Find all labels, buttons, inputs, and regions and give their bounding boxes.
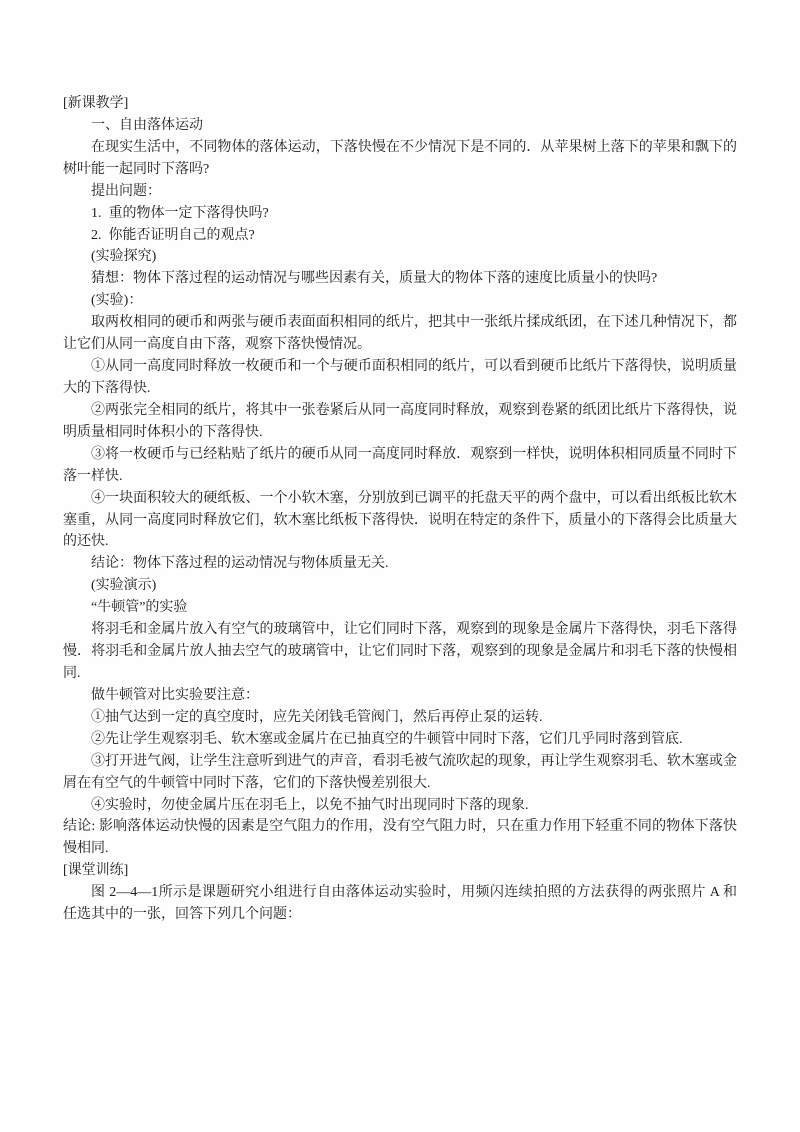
text-line: 的还快. xyxy=(63,531,737,553)
text-line: 屑在有空气的牛顿管中同时下落，它们的下落快慢差别很大. xyxy=(63,773,737,795)
text-line: 树叶能一起同时下落吗? xyxy=(63,159,737,181)
text-line: 图 2—4—1所示是课题研究小组进行自由落体运动实验时，用频闪连续拍照的方法获得… xyxy=(63,882,737,904)
text-line: 大的下落得快. xyxy=(63,378,737,400)
text-line: 让它们从同一高度自由下落，观察下落快慢情况。 xyxy=(63,334,737,356)
text-line: ①抽气达到一定的真空度时，应先关闭钱毛管阀门，然后再停止泵的运转. xyxy=(63,707,737,729)
text-line: (实验演示) xyxy=(63,575,737,597)
text-line: 提出问题： xyxy=(63,181,737,203)
text-line: ③打开进气阀，让学生注意听到进气的声音，看羽毛被气流吹起的现象，再让学生观察羽毛… xyxy=(63,751,737,773)
text-line: ③将一枚硬币与已经粘贴了纸片的硬币从同一高度同时释放．观察到一样快，说明体积相同… xyxy=(63,444,737,466)
text-line: “牛顿管”的实验 xyxy=(63,597,737,619)
text-line: ②两张完全相同的纸片，将其中一张卷紧后从同一高度同时释放，观察到卷紧的纸团比纸片… xyxy=(63,400,737,422)
document-page: [新课教学]一、自由落体运动在现实生活中，不同物体的落体运动，下落快慢在不少情况… xyxy=(0,0,800,1132)
text-line: 在现实生活中，不同物体的落体运动，下落快慢在不少情况下是不同的．从苹果树上落下的… xyxy=(63,137,737,159)
text-line: 同. xyxy=(63,663,737,685)
text-line: ②先让学生观察羽毛、软木塞或金属片在已抽真空的牛顿管中同时下落，它们几乎同时落到… xyxy=(63,729,737,751)
text-line: 慢相同. xyxy=(63,838,737,860)
text-line: 慢．将羽毛和金属片放人抽去空气的玻璃管中，让它们同时下落，观察到的现象是金属片和… xyxy=(63,641,737,663)
text-line: 做牛顿管对比实验要注意： xyxy=(63,685,737,707)
text-line: ①从同一高度同时释放一枚硬币和一个与硬币面积相同的纸片，可以看到硬币比纸片下落得… xyxy=(63,356,737,378)
text-line: 塞重，从同一高度同时释放它们，软木塞比纸板下落得快．说明在特定的条件下，质量小的… xyxy=(63,510,737,532)
text-line: ④一块面积较大的硬纸板、一个小软木塞，分别放到已调平的托盘天平的两个盘中，可以看… xyxy=(63,488,737,510)
text-line: 取两枚相同的硬币和两张与硬币表面面积相同的纸片，把其中一张纸片揉成纸团，在下述几… xyxy=(63,312,737,334)
text-line: 结论：物体下落过程的运动情况与物体质量无关. xyxy=(63,553,737,575)
document-body: [新课教学]一、自由落体运动在现实生活中，不同物体的落体运动，下落快慢在不少情况… xyxy=(0,0,800,926)
text-line: (实验)： xyxy=(63,290,737,312)
text-line: [课堂训练] xyxy=(63,860,737,882)
text-line: 明质量相同时体积小的下落得快. xyxy=(63,422,737,444)
text-line: 任选其中的一张，回答下列几个问题： xyxy=(63,904,737,926)
text-line: 将羽毛和金属片放入有空气的玻璃管中，让它们同时下落，观察到的现象是金属片下落得快… xyxy=(63,619,737,641)
text-line: (实验探究) xyxy=(63,246,737,268)
text-line: 结论: 影响落体运动快慢的因素是空气阻力的作用，没有空气阻力时，只在重力作用下轻… xyxy=(63,816,737,838)
text-line: 落一样快. xyxy=(63,466,737,488)
text-line: 2. 你能否证明自己的观点? xyxy=(63,225,737,247)
text-line: 一、自由落体运动 xyxy=(63,115,737,137)
text-line: [新课教学] xyxy=(63,93,737,115)
text-line: 1. 重的物体一定下落得快吗? xyxy=(63,203,737,225)
text-line: ④实验时，勿使金属片压在羽毛上，以免不抽气时出现同时下落的现象. xyxy=(63,795,737,817)
text-line: 猜想：物体下落过程的运动情况与哪些因素有关，质量大的物体下落的速度比质量小的快吗… xyxy=(63,268,737,290)
